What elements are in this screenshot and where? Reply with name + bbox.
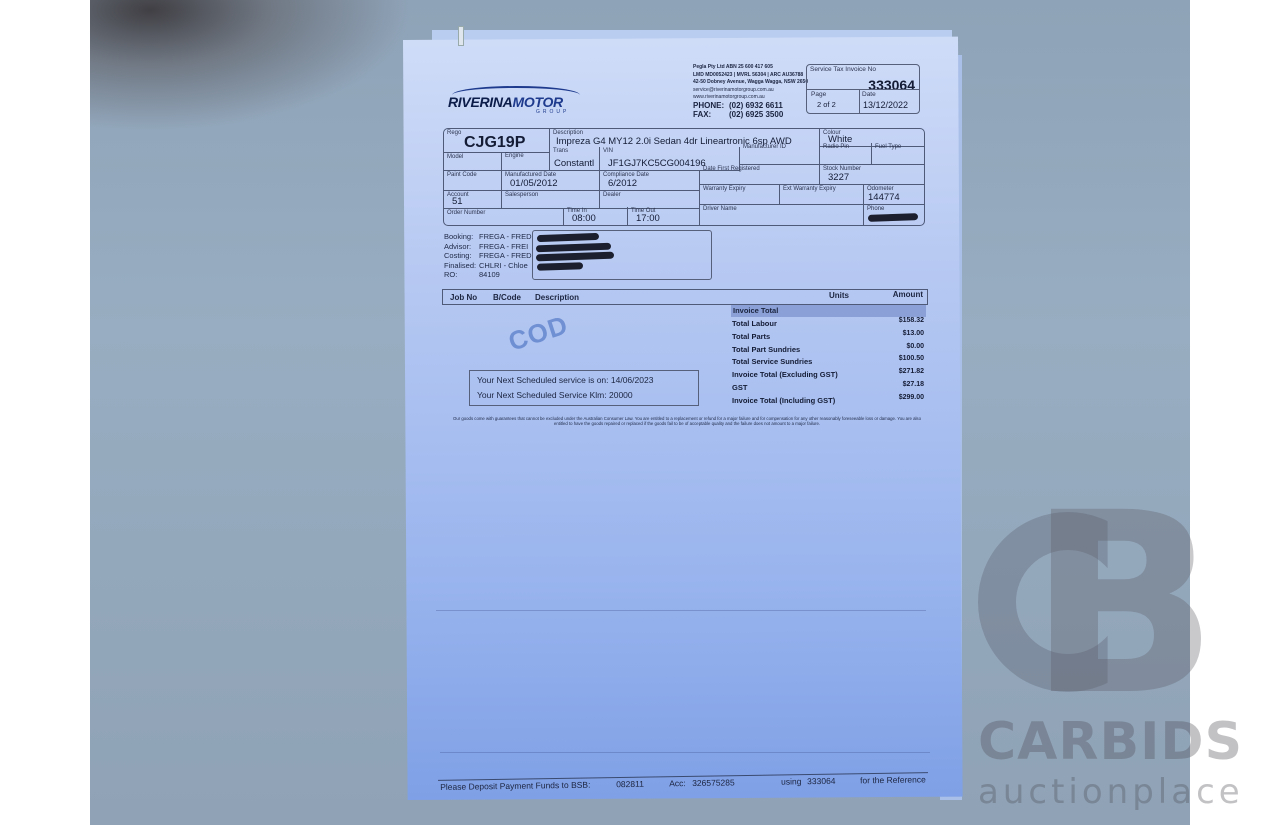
total-row: GST$27.18 — [731, 381, 926, 394]
staff-row: RO:84109 — [444, 270, 532, 280]
company-details: Pegla Pty Ltd ABN 25 600 417 605 LMD MD0… — [693, 64, 808, 102]
total-row: Invoice Total (Including GST)$299.00 — [731, 394, 926, 407]
order-number-cell: Order Number — [444, 209, 564, 225]
paint-code-label: Paint Code — [447, 172, 477, 178]
logo-word-motor: MOTOR — [513, 94, 563, 110]
radio-pin-cell: Radio Pin — [820, 143, 872, 165]
total-label: GST — [732, 383, 747, 392]
invoice-no-label: Service Tax Invoice No — [810, 66, 876, 73]
account-cell: Account 51 — [444, 191, 502, 209]
account-value: 51 — [452, 196, 463, 207]
date-first-registered-cell: Date First Registered — [700, 165, 820, 185]
account-number: 326575285 — [692, 777, 735, 788]
totals-header: Invoice Total — [731, 305, 926, 317]
rego-label: Rego — [447, 130, 461, 136]
paint-code-cell: Paint Code — [444, 171, 502, 191]
staff-row: Booking:FREGA - FRED — [444, 232, 532, 242]
next-service-date-row: Your Next Scheduled service is on: 14/06… — [477, 375, 653, 385]
engine-cell: Engine — [502, 147, 550, 171]
vin-value: JF1GJ7KC5CG004196 — [608, 158, 706, 169]
manufacturer-id-label: Manufacturer ID — [743, 144, 786, 150]
driver-name-label: Driver Name — [703, 206, 737, 212]
redaction-scribble — [536, 252, 614, 262]
total-row: Total Part Sundries$0.00 — [731, 343, 926, 356]
total-label: Total Service Sundries — [732, 357, 812, 366]
next-service-box: Your Next Scheduled service is on: 14/06… — [469, 370, 699, 406]
col-description: Description — [535, 293, 579, 302]
dealer-label: Dealer — [603, 192, 621, 198]
logo-subtext: GROUP — [536, 109, 569, 115]
next-service-klm-row: Your Next Scheduled Service Klm: 20000 — [477, 390, 633, 400]
engine-label: Engine — [505, 153, 524, 159]
watermark-brand: CARBIDS — [978, 712, 1243, 772]
warranty-expiry-cell: Warranty Expiry — [700, 185, 780, 205]
total-label: Total Parts — [732, 332, 770, 341]
invoice-totals: Invoice Total Total Labour$158.32 Total … — [731, 305, 926, 407]
odometer-cell: Odometer 144774 — [864, 185, 924, 205]
logo-word-riverina: RIVERINA — [448, 94, 513, 110]
show-through-line — [436, 610, 926, 611]
total-value: $299.00 — [899, 394, 924, 401]
next-service-date-label: Your Next Scheduled service is on: — [477, 375, 609, 385]
staff-label: Advisor: — [444, 242, 479, 252]
company-abn: Pegla Pty Ltd ABN 25 600 417 605 — [693, 64, 808, 72]
compliance-date-cell: Compliance Date 6/2012 — [600, 171, 700, 191]
total-value: $27.18 — [903, 381, 924, 388]
total-label: Total Part Sundries — [732, 345, 800, 354]
model-cell: Model — [444, 153, 502, 171]
col-bcode: B/Code — [493, 293, 521, 302]
phone-label: PHONE: — [693, 101, 729, 110]
manufactured-date-value: 01/05/2012 — [510, 178, 558, 189]
payment-reference: 333064 — [807, 776, 836, 786]
reference-tail: for the Reference — [860, 774, 926, 785]
divider — [807, 89, 919, 90]
col-job-no: Job No — [450, 293, 477, 302]
salesperson-label: Salesperson — [505, 192, 538, 198]
staff-label: Finalised: — [444, 261, 479, 271]
company-address: 42-50 Dobney Avenue, Wagga Wagga, NSW 26… — [693, 79, 808, 87]
staff-row: Costing:FREGA - FRED — [444, 251, 532, 261]
staple — [458, 26, 464, 46]
trans-value: Constantl — [554, 158, 594, 169]
staff-row: Finalised:CHLRI - Chloe — [444, 261, 532, 271]
staff-value: FREGA - FRED — [479, 251, 532, 260]
total-value: $0.00 — [906, 343, 924, 350]
staff-label: Costing: — [444, 251, 479, 261]
watermark-b-letter: B — [1028, 480, 1219, 730]
stock-number-cell: Stock Number 3227 — [820, 165, 924, 185]
total-row: Invoice Total (Excluding GST)$271.82 — [731, 368, 926, 381]
order-number-label: Order Number — [447, 210, 485, 216]
vin-label: VIN — [603, 148, 613, 154]
show-through-line — [440, 752, 930, 753]
invoice-date: 13/12/2022 — [863, 100, 908, 110]
total-label: Invoice Total (Including GST) — [732, 396, 835, 405]
phone-number: (02) 6932 6611 — [729, 101, 783, 110]
total-value: $100.50 — [899, 355, 924, 362]
fax-number: (02) 6925 3500 — [729, 110, 783, 119]
manufacturer-id-cell: Manufacturer ID — [740, 143, 820, 165]
time-out-cell: Time Out 17:00 — [628, 207, 700, 225]
radio-pin-label: Radio Pin — [823, 144, 849, 150]
redaction-scribble — [537, 233, 599, 242]
total-label: Total Labour — [732, 319, 777, 328]
date-label: Date — [862, 91, 876, 98]
company-email: service@riverinamotorgroup.com.au — [693, 87, 808, 95]
vehicle-details-grid: Rego CJG19P Description Impreza G4 MY12 … — [443, 128, 925, 226]
trans-cell: Trans Constantl — [550, 147, 600, 171]
next-service-klm-label: Your Next Scheduled Service Klm: — [477, 390, 607, 400]
driver-name-cell: Driver Name — [700, 205, 864, 225]
staff-row: Advisor:FREGA - FREI — [444, 242, 532, 252]
ext-warranty-expiry-label: Ext Warranty Expiry — [783, 186, 836, 192]
divider — [859, 89, 860, 113]
company-licences: LMD MD0052423 | MVRL 56304 | ARC AU36788 — [693, 72, 808, 80]
manufactured-date-cell: Manufactured Date 01/05/2012 — [502, 171, 600, 191]
model-label: Model — [447, 154, 463, 160]
staff-value: 84109 — [479, 270, 500, 279]
staff-list: Booking:FREGA - FRED Advisor:FREGA - FRE… — [444, 232, 532, 280]
staff-label: RO: — [444, 270, 479, 280]
phone-cell: Phone — [864, 205, 924, 225]
date-first-registered-label: Date First Registered — [703, 166, 760, 172]
staff-label: Booking: — [444, 232, 479, 242]
total-value: $271.82 — [899, 368, 924, 375]
trans-label: Trans — [553, 148, 568, 154]
redaction-scribble — [868, 213, 918, 222]
total-value: $158.32 — [899, 317, 924, 324]
ext-warranty-expiry-cell: Ext Warranty Expiry — [780, 185, 864, 205]
time-out-value: 17:00 — [636, 213, 660, 224]
fuel-type-label: Fuel Type — [875, 144, 901, 150]
fax-label: FAX: — [693, 110, 729, 119]
consumer-law-notice: Our goods come with guarantees that cann… — [448, 416, 926, 426]
stock-number-value: 3227 — [828, 172, 849, 183]
total-row: Total Parts$13.00 — [731, 330, 926, 343]
redaction-scribble — [537, 262, 583, 271]
using-label: using — [781, 776, 801, 786]
phone-field-label: Phone — [867, 206, 884, 212]
col-amount: Amount — [893, 290, 923, 299]
next-service-date: 14/06/2023 — [611, 375, 654, 385]
redaction-scribble — [536, 243, 611, 253]
bsb-number: 082811 — [616, 779, 644, 789]
total-row: Total Service Sundries$100.50 — [731, 355, 926, 368]
compliance-date-value: 6/2012 — [608, 178, 637, 189]
total-label: Invoice Total (Excluding GST) — [732, 370, 838, 379]
staff-value: FREGA - FREI — [479, 242, 528, 251]
col-units: Units — [829, 291, 849, 300]
page-number: 2 of 2 — [817, 100, 836, 109]
total-value: $13.00 — [903, 330, 924, 337]
page-label: Page — [811, 91, 826, 98]
total-row: Total Labour$158.32 — [731, 317, 926, 330]
invoice-number-box: Service Tax Invoice No 333064 Page 2 of … — [806, 64, 920, 114]
watermark-subtitle: auctionplace — [978, 772, 1244, 812]
acc-label: Acc: — [669, 778, 686, 788]
odometer-value: 144774 — [868, 192, 900, 203]
fuel-type-cell: Fuel Type — [872, 143, 924, 165]
staff-value: CHLRI - Chloe — [479, 261, 528, 270]
customer-address-box — [532, 230, 712, 280]
job-table-header: Job No B/Code Description Units Amount — [442, 289, 928, 305]
time-in-cell: Time In 08:00 — [564, 207, 628, 225]
company-logo: RIVERINAMOTOR GROUP — [448, 86, 583, 116]
time-in-value: 08:00 — [572, 213, 596, 224]
next-service-klm: 20000 — [609, 390, 633, 400]
company-contact: PHONE:(02) 6932 6611 FAX:(02) 6925 3500 — [693, 101, 783, 119]
staff-value: FREGA - FRED — [479, 232, 532, 241]
warranty-expiry-label: Warranty Expiry — [703, 186, 745, 192]
